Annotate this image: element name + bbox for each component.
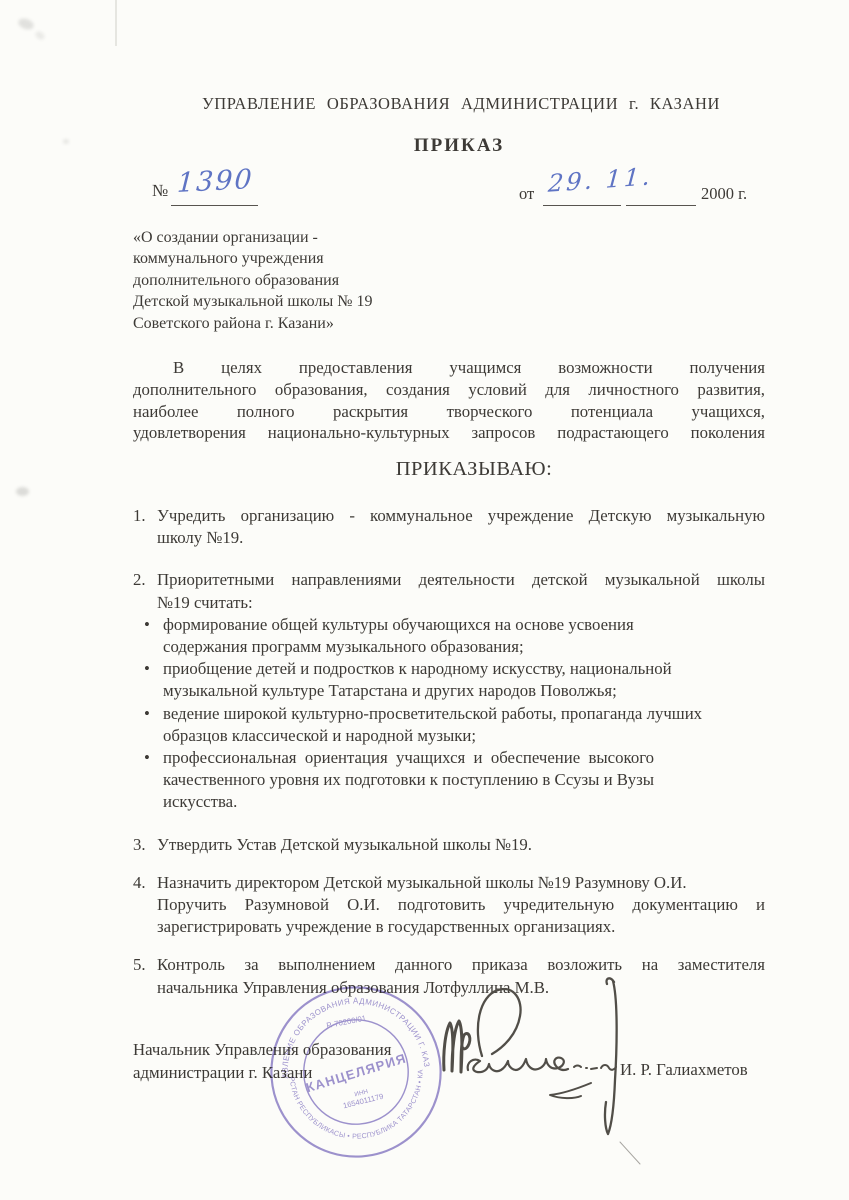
order-command-word: ПРИКАЗЫВАЮ: bbox=[158, 458, 790, 481]
bullet-marker: • bbox=[133, 658, 163, 702]
order-preamble: В целях предоставления учащимся возможно… bbox=[133, 357, 765, 444]
subject-line: Детской музыкальной школы № 19 bbox=[133, 291, 372, 312]
scan-speck bbox=[63, 139, 69, 144]
signature-loop bbox=[478, 989, 521, 1056]
order-number-label: № bbox=[152, 181, 168, 201]
date-year: 2000 г. bbox=[701, 184, 747, 204]
signature-faint-diagonal bbox=[620, 1142, 640, 1164]
bullet-item-1: • формирование общей культуры обучающихс… bbox=[133, 614, 765, 658]
scan-edge-line bbox=[115, 0, 117, 46]
item-line: Утвердить Устав Детской музыкальной школ… bbox=[157, 834, 765, 856]
order-subject: «О создании организации - коммунального … bbox=[133, 227, 372, 334]
office-round-stamp: УПРАВЛЕНИЕ ОБРАЗОВАНИЯ АДМИНИСТРАЦИИ Г. … bbox=[260, 976, 452, 1168]
bullet-line: содержания программ музыкального образов… bbox=[163, 636, 634, 658]
order-number-underline bbox=[171, 205, 258, 206]
stamp-center-word: КАНЦЕЛЯРИЯ bbox=[304, 1050, 408, 1095]
signature-trailing-dots bbox=[574, 1065, 616, 1070]
item-number: 2. bbox=[133, 569, 157, 613]
item-number: 5. bbox=[133, 954, 157, 998]
order-items-list: 1. Учредить организацию - коммунальное у… bbox=[133, 505, 765, 999]
signature-vertical-stroke bbox=[605, 978, 617, 1134]
bullet-line: формирование общей культуры обучающихся … bbox=[163, 614, 634, 636]
preamble-line: дополнительного образования, создания ус… bbox=[133, 379, 765, 401]
handwritten-signature bbox=[428, 966, 658, 1176]
item-line: зарегистрировать учреждение в государств… bbox=[157, 916, 765, 938]
item-line: Назначить директором Детской музыкальной… bbox=[157, 872, 765, 894]
stamp-reg-code: Р. 70200/01 bbox=[326, 1014, 367, 1031]
bullet-line: искусства. bbox=[163, 791, 654, 813]
date-underline-2 bbox=[626, 205, 696, 206]
item-number: 1. bbox=[133, 505, 157, 549]
bullet-line: музыкальной культуре Татарстана и других… bbox=[163, 680, 672, 702]
bullet-marker: • bbox=[133, 703, 163, 747]
item-number: 4. bbox=[133, 872, 157, 939]
bullet-line: профессиональная ориентация учащихся и о… bbox=[163, 747, 654, 769]
item-line: школу №19. bbox=[157, 527, 765, 549]
bullet-marker: • bbox=[133, 614, 163, 658]
preamble-line: В целях предоставления учащимся возможно… bbox=[133, 357, 765, 379]
bullet-line: качественного уровня их подготовки к пос… bbox=[163, 769, 654, 791]
scan-speck bbox=[17, 17, 35, 32]
handwritten-order-number: 1390 bbox=[176, 164, 254, 199]
bullet-marker: • bbox=[133, 747, 163, 814]
bullet-line: образцов классической и народной музыки; bbox=[163, 725, 702, 747]
item-line: Приоритетными направлениями деятельности… bbox=[157, 569, 765, 591]
bullet-line: ведение широкой культурно-просветительск… bbox=[163, 703, 702, 725]
subject-line: коммунального учреждения bbox=[133, 248, 372, 269]
preamble-line: удовлетворения национально-культурных за… bbox=[133, 422, 765, 444]
subject-line: Советского района г. Казани» bbox=[133, 313, 372, 334]
item-line: Учредить организацию - коммунальное учре… bbox=[157, 505, 765, 527]
item-number: 3. bbox=[133, 834, 157, 856]
signature-baseline-flourish bbox=[468, 1058, 568, 1073]
bullet-item-4: • профессиональная ориентация учащихся и… bbox=[133, 747, 765, 814]
order-item-2: 2. Приоритетными направлениями деятельно… bbox=[133, 569, 765, 613]
bullet-item-3: • ведение широкой культурно-просветитель… bbox=[133, 703, 765, 747]
organization-header: УПРАВЛЕНИЕ ОБРАЗОВАНИЯ АДМИНИСТРАЦИИ г. … bbox=[145, 94, 777, 114]
order-item-3: 3. Утвердить Устав Детской музыкальной ш… bbox=[133, 834, 765, 856]
preamble-line: наиболее полного раскрытия творческого п… bbox=[133, 401, 765, 423]
handwritten-date: 29. 11. bbox=[547, 162, 654, 198]
document-type-title: ПРИКАЗ bbox=[143, 135, 775, 157]
bullet-item-2: • приобщение детей и подростков к народн… bbox=[133, 658, 765, 702]
signature-initial-mark bbox=[444, 1021, 470, 1072]
item-line: Поручить Разумновой О.И. подготовить учр… bbox=[157, 894, 765, 916]
subject-line: дополнительного образования bbox=[133, 270, 372, 291]
order-item-4: 4. Назначить директором Детской музыкаль… bbox=[133, 872, 765, 939]
subject-line: «О создании организации - bbox=[133, 227, 372, 248]
scan-speck bbox=[16, 487, 29, 496]
bullet-line: приобщение детей и подростков к народном… bbox=[163, 658, 672, 680]
item-line: №19 считать: bbox=[157, 592, 765, 614]
signature-chevron bbox=[550, 1083, 591, 1098]
scanned-order-document: УПРАВЛЕНИЕ ОБРАЗОВАНИЯ АДМИНИСТРАЦИИ г. … bbox=[0, 0, 849, 1200]
date-prefix: от bbox=[519, 184, 534, 204]
order-item-1: 1. Учредить организацию - коммунальное у… bbox=[133, 505, 765, 549]
scan-speck bbox=[34, 30, 46, 41]
date-underline-1 bbox=[543, 205, 621, 206]
